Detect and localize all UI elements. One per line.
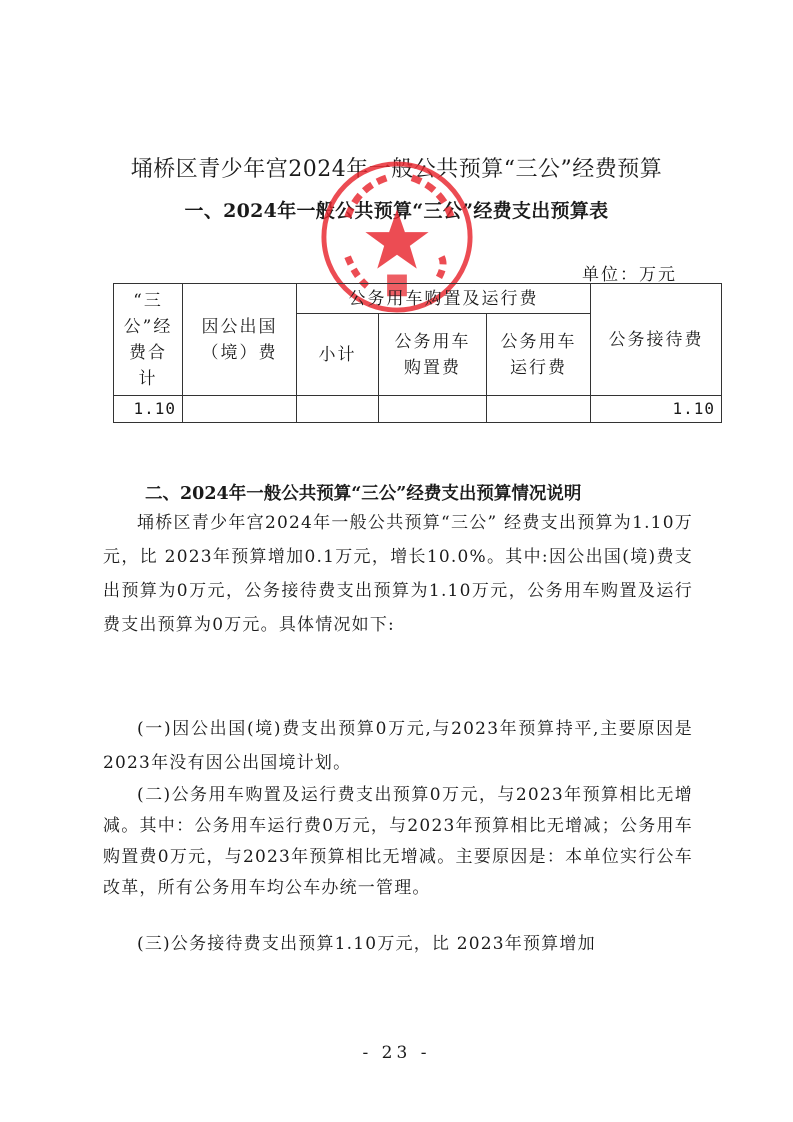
table-row: 1.10 1.10 [114,396,722,423]
paragraph-vehicle: (二)公务用车购置及运行费支出预算0万元，与2023年预算相比无增减。其中：公务… [103,780,693,904]
paragraph-overseas: (一)因公出国(境)费支出预算0万元,与2023年预算持平,主要原因是2023年… [103,712,693,780]
paragraph-summary: 埇桥区青少年宫2024年一般公共预算“三公” 经费支出预算为1.10万元，比 2… [103,506,693,642]
header-total-line: 费合 [114,340,182,366]
cell-vehicle-operation [487,396,591,423]
header-vehicle-operation: 公务用车 运行费 [487,314,591,396]
header-vehicle-operation-line: 公务用车 [487,329,590,355]
cell-vehicle-subtotal [297,396,379,423]
page-number: - 23 - [0,1043,793,1063]
unit-label: 单位：万元 [582,260,677,285]
section2-title: 二、2024年一般公共预算“三公”经费支出预算情况说明 [145,480,581,505]
section1-title: 一、2024年一般公共预算“三公”经费支出预算表 [0,196,793,223]
header-vehicle-operation-line: 运行费 [487,355,590,381]
header-vehicle-purchase-line: 购置费 [379,355,486,381]
cell-reception: 1.10 [591,396,722,423]
header-vehicle-purchase: 公务用车 购置费 [379,314,487,396]
budget-table: “三 公”经 费合 计 因公出国 （境）费 公务用车购置及运行费 公务接待费 小… [113,283,722,423]
header-vehicle-subtotal: 小计 [297,314,379,396]
header-reception: 公务接待费 [591,284,722,396]
table-header-row: “三 公”经 费合 计 因公出国 （境）费 公务用车购置及运行费 公务接待费 [114,284,722,314]
header-overseas-line: 因公出国 [183,314,296,340]
header-overseas-line: （境）费 [183,340,296,366]
paragraph-reception: (三)公务接待费支出预算1.10万元，比 2023年预算增加 [103,927,693,961]
header-total-line: “三 [114,288,182,314]
header-vehicle-purchase-line: 公务用车 [379,329,486,355]
cell-total: 1.10 [114,396,183,423]
header-total-line: 计 [114,366,182,392]
header-total: “三 公”经 费合 计 [114,284,183,396]
cell-overseas [183,396,297,423]
header-overseas: 因公出国 （境）费 [183,284,297,396]
document-title: 埇桥区青少年宫2024年一般公共预算“三公”经费预算 [0,152,793,183]
header-total-line: 公”经 [114,314,182,340]
cell-vehicle-purchase [379,396,487,423]
header-vehicle-group: 公务用车购置及运行费 [297,284,591,314]
